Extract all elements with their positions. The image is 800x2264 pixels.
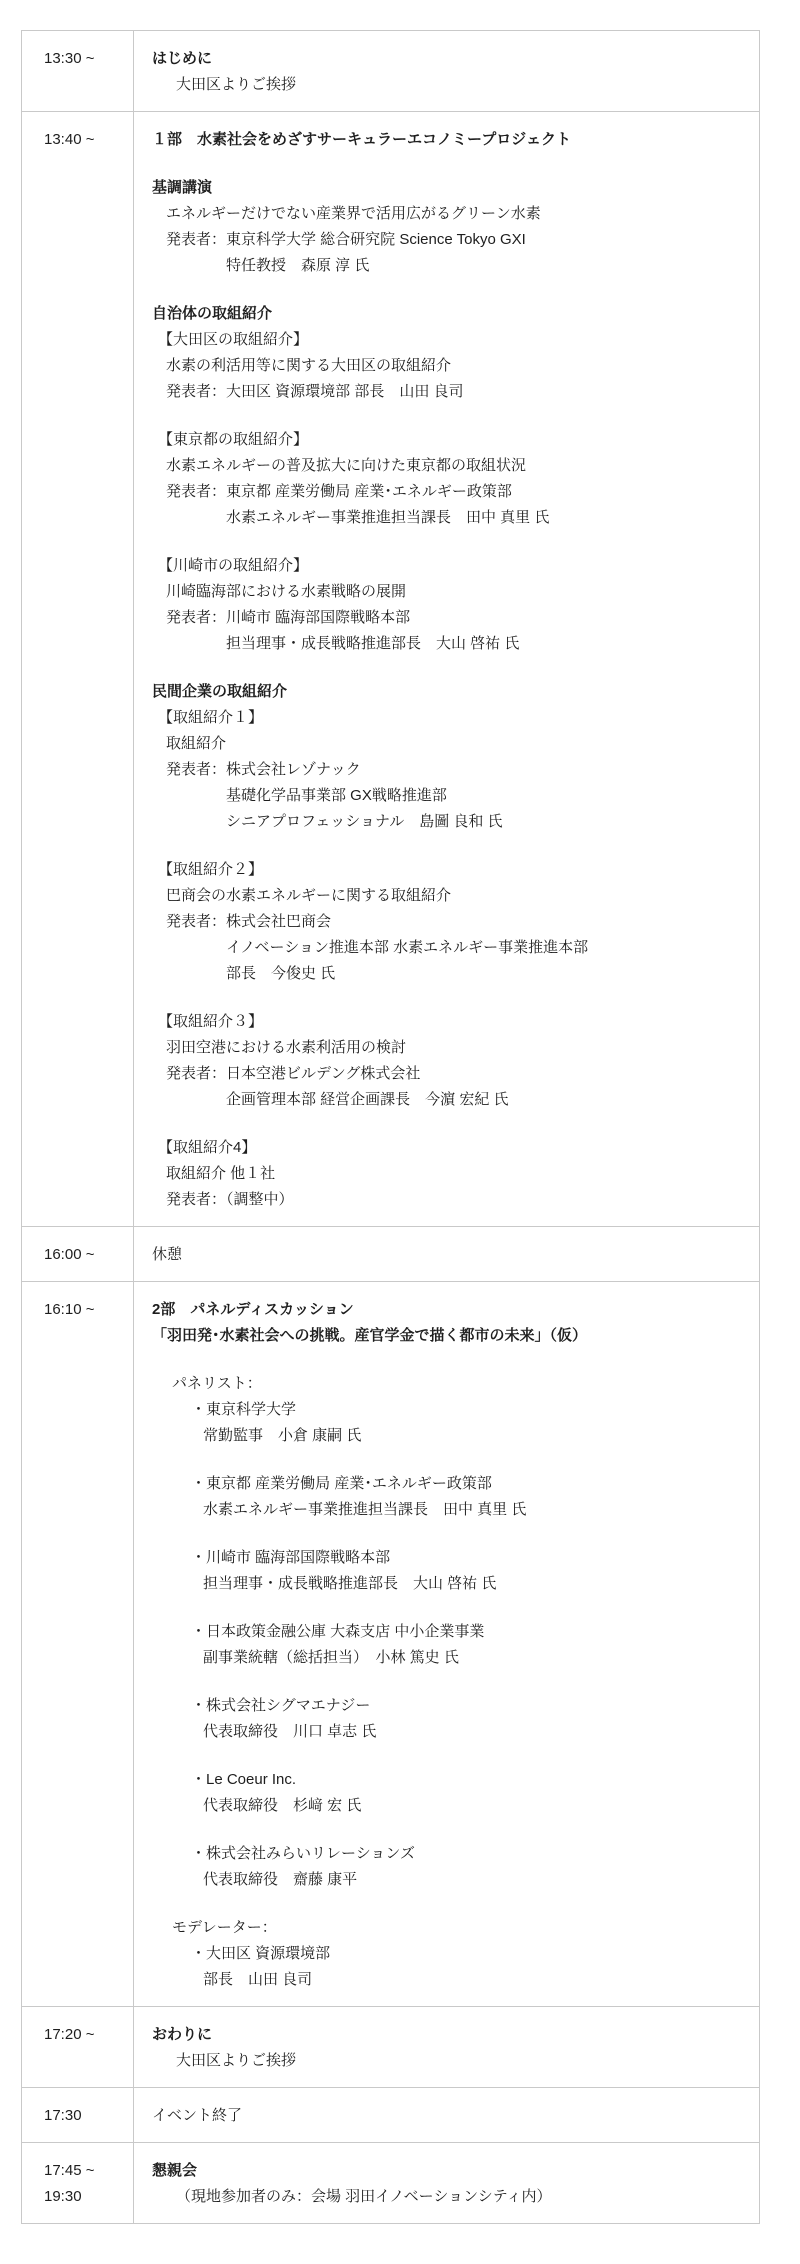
time-text: 17:45 ~ [44, 2158, 129, 2184]
agenda-line: 大田区よりご挨拶 [152, 72, 745, 98]
agenda-line: 巴商会の水素エネルギーに関する取組紹介 [152, 883, 745, 909]
agenda-line: 水素エネルギー事業推進担当課長 田中 真里 氏 [152, 505, 745, 531]
agenda-line: 羽田空港における水素利活用の検討 [152, 1035, 745, 1061]
section-heading: 懇親会 [152, 2158, 745, 2184]
content-cell: はじめに大田区よりご挨拶 [134, 31, 760, 112]
agenda-line: （現地参加者のみ：会場 羽田イノベーションシティ内） [152, 2184, 745, 2210]
content-cell: おわりに大田区よりご挨拶 [134, 2007, 760, 2088]
content-cell: 休憩 [134, 1227, 760, 1282]
agenda-line: 担当理事・成長戦略推進部長 大山 啓祐 氏 [152, 1571, 745, 1597]
agenda-line: シニアプロフェッショナル 島圖 良和 氏 [152, 809, 745, 835]
time-text: 17:20 ~ [44, 2022, 129, 2048]
agenda-line: 大田区よりご挨拶 [152, 2048, 745, 2074]
content-cell: イベント終了 [134, 2088, 760, 2143]
time-cell: 16:10 ~ [22, 1282, 134, 2007]
agenda-line: 発表者：株式会社巴商会 [152, 909, 745, 935]
time-text: 13:40 ~ [44, 127, 129, 153]
table-row: 16:10 ~2部 パネルディスカッション「羽田発･水素社会への挑戦。産官学金で… [22, 1282, 760, 2007]
agenda-line: 常勤監事 小倉 康嗣 氏 [152, 1423, 745, 1449]
agenda-line: 代表取締役 川口 卓志 氏 [152, 1719, 745, 1745]
table-row: 13:30 ~はじめに大田区よりご挨拶 [22, 31, 760, 112]
agenda-line: 企画管理本部 経営企画課長 今濵 宏紀 氏 [152, 1087, 745, 1113]
section-heading: 自治体の取組紹介 [152, 301, 745, 327]
section-heading: 2部 パネルディスカッション [152, 1297, 745, 1323]
time-text: 16:10 ~ [44, 1297, 129, 1323]
agenda-line: 【取組紹介4】 [152, 1135, 745, 1161]
agenda-line: 発表者：川崎市 臨海部国際戦略本部 [152, 605, 745, 631]
content-cell: 2部 パネルディスカッション「羽田発･水素社会への挑戦。産官学金で描く都市の未来… [134, 1282, 760, 2007]
agenda-line: 発表者：（調整中） [152, 1187, 745, 1213]
agenda-line: エネルギーだけでない産業界で活用広がるグリーン水素 [152, 201, 745, 227]
agenda-line: ・Le Coeur Inc. [152, 1767, 745, 1793]
table-row: 16:00 ~休憩 [22, 1227, 760, 1282]
agenda-line: 取組紹介 他１社 [152, 1161, 745, 1187]
agenda-line: ・株式会社みらいリレーションズ [152, 1841, 745, 1867]
agenda-line: 【取組紹介１】 [152, 705, 745, 731]
agenda-line: ・東京科学大学 [152, 1397, 745, 1423]
agenda-line: パネリスト： [152, 1371, 745, 1397]
agenda-line: 代表取締役 杉﨑 宏 氏 [152, 1793, 745, 1819]
agenda-line: 発表者：日本空港ビルデング株式会社 [152, 1061, 745, 1087]
table-row: 13:40 ~１部 水素社会をめざすサーキュラーエコノミープロジェクト基調講演エ… [22, 112, 760, 1227]
agenda-line: 部長 今俊史 氏 [152, 961, 745, 987]
time-cell: 17:20 ~ [22, 2007, 134, 2088]
agenda-line: 取組紹介 [152, 731, 745, 757]
agenda-line: 発表者：株式会社レゾナック [152, 757, 745, 783]
agenda-line: 休憩 [152, 1242, 745, 1268]
time-text: 19:30 [44, 2184, 129, 2210]
section-heading: 基調講演 [152, 175, 745, 201]
agenda-line: 【大田区の取組紹介】 [152, 327, 745, 353]
time-text: 13:30 ~ [44, 46, 129, 72]
schedule-table: 13:30 ~はじめに大田区よりご挨拶13:40 ~１部 水素社会をめざすサーキ… [21, 30, 760, 2224]
agenda-line: ・株式会社シグマエナジー [152, 1693, 745, 1719]
agenda-line: イノベーション推進本部 水素エネルギー事業推進本部 [152, 935, 745, 961]
time-cell: 16:00 ~ [22, 1227, 134, 1282]
agenda-line: 水素エネルギー事業推進担当課長 田中 真里 氏 [152, 1497, 745, 1523]
agenda-line: 副事業統轄（総括担当） 小林 篤史 氏 [152, 1645, 745, 1671]
agenda-line: イベント終了 [152, 2103, 745, 2129]
time-cell: 17:30 [22, 2088, 134, 2143]
agenda-line: ・日本政策金融公庫 大森支店 中小企業事業 [152, 1619, 745, 1645]
agenda-line: 川崎臨海部における水素戦略の展開 [152, 579, 745, 605]
section-heading: はじめに [152, 46, 745, 72]
table-row: 17:45 ~19:30懇親会（現地参加者のみ：会場 羽田イノベーションシティ内… [22, 2143, 760, 2224]
time-cell: 13:40 ~ [22, 112, 134, 1227]
section-heading: 民間企業の取組紹介 [152, 679, 745, 705]
agenda-line: 担当理事・成長戦略推進部長 大山 啓祐 氏 [152, 631, 745, 657]
agenda-line: 水素の利活用等に関する大田区の取組紹介 [152, 353, 745, 379]
agenda-line: 特任教授 森原 淳 氏 [152, 253, 745, 279]
agenda-line: 代表取締役 齋藤 康平 [152, 1867, 745, 1893]
time-text: 16:00 ~ [44, 1242, 129, 1268]
agenda-line: 【東京都の取組紹介】 [152, 427, 745, 453]
agenda-line: 発表者：東京科学大学 総合研究院 Science Tokyo GXI [152, 227, 745, 253]
agenda-line: ・東京都 産業労働局 産業･エネルギー政策部 [152, 1471, 745, 1497]
section-heading: １部 水素社会をめざすサーキュラーエコノミープロジェクト [152, 127, 745, 153]
agenda-line: 【取組紹介２】 [152, 857, 745, 883]
agenda-line: ・川崎市 臨海部国際戦略本部 [152, 1545, 745, 1571]
section-heading: おわりに [152, 2022, 745, 2048]
content-cell: 懇親会（現地参加者のみ：会場 羽田イノベーションシティ内） [134, 2143, 760, 2224]
agenda-line: 【取組紹介３】 [152, 1009, 745, 1035]
agenda-line: 発表者：大田区 資源環境部 部長 山田 良司 [152, 379, 745, 405]
time-cell: 13:30 ~ [22, 31, 134, 112]
agenda-line: 部長 山田 良司 [152, 1967, 745, 1993]
agenda-line: モデレーター： [152, 1915, 745, 1941]
section-heading: 「羽田発･水素社会への挑戦。産官学金で描く都市の未来」（仮） [152, 1323, 745, 1349]
agenda-line: 基礎化学品事業部 GX戦略推進部 [152, 783, 745, 809]
schedule-rows: 13:30 ~はじめに大田区よりご挨拶13:40 ~１部 水素社会をめざすサーキ… [22, 31, 760, 2224]
schedule-page: 13:30 ~はじめに大田区よりご挨拶13:40 ~１部 水素社会をめざすサーキ… [0, 0, 800, 2264]
agenda-line: 発表者：東京都 産業労働局 産業･エネルギー政策部 [152, 479, 745, 505]
agenda-line: 【川崎市の取組紹介】 [152, 553, 745, 579]
time-text: 17:30 [44, 2103, 129, 2129]
content-cell: １部 水素社会をめざすサーキュラーエコノミープロジェクト基調講演エネルギーだけで… [134, 112, 760, 1227]
agenda-line: ・大田区 資源環境部 [152, 1941, 745, 1967]
table-row: 17:20 ~おわりに大田区よりご挨拶 [22, 2007, 760, 2088]
time-cell: 17:45 ~19:30 [22, 2143, 134, 2224]
agenda-line: 水素エネルギーの普及拡大に向けた東京都の取組状況 [152, 453, 745, 479]
table-row: 17:30イベント終了 [22, 2088, 760, 2143]
